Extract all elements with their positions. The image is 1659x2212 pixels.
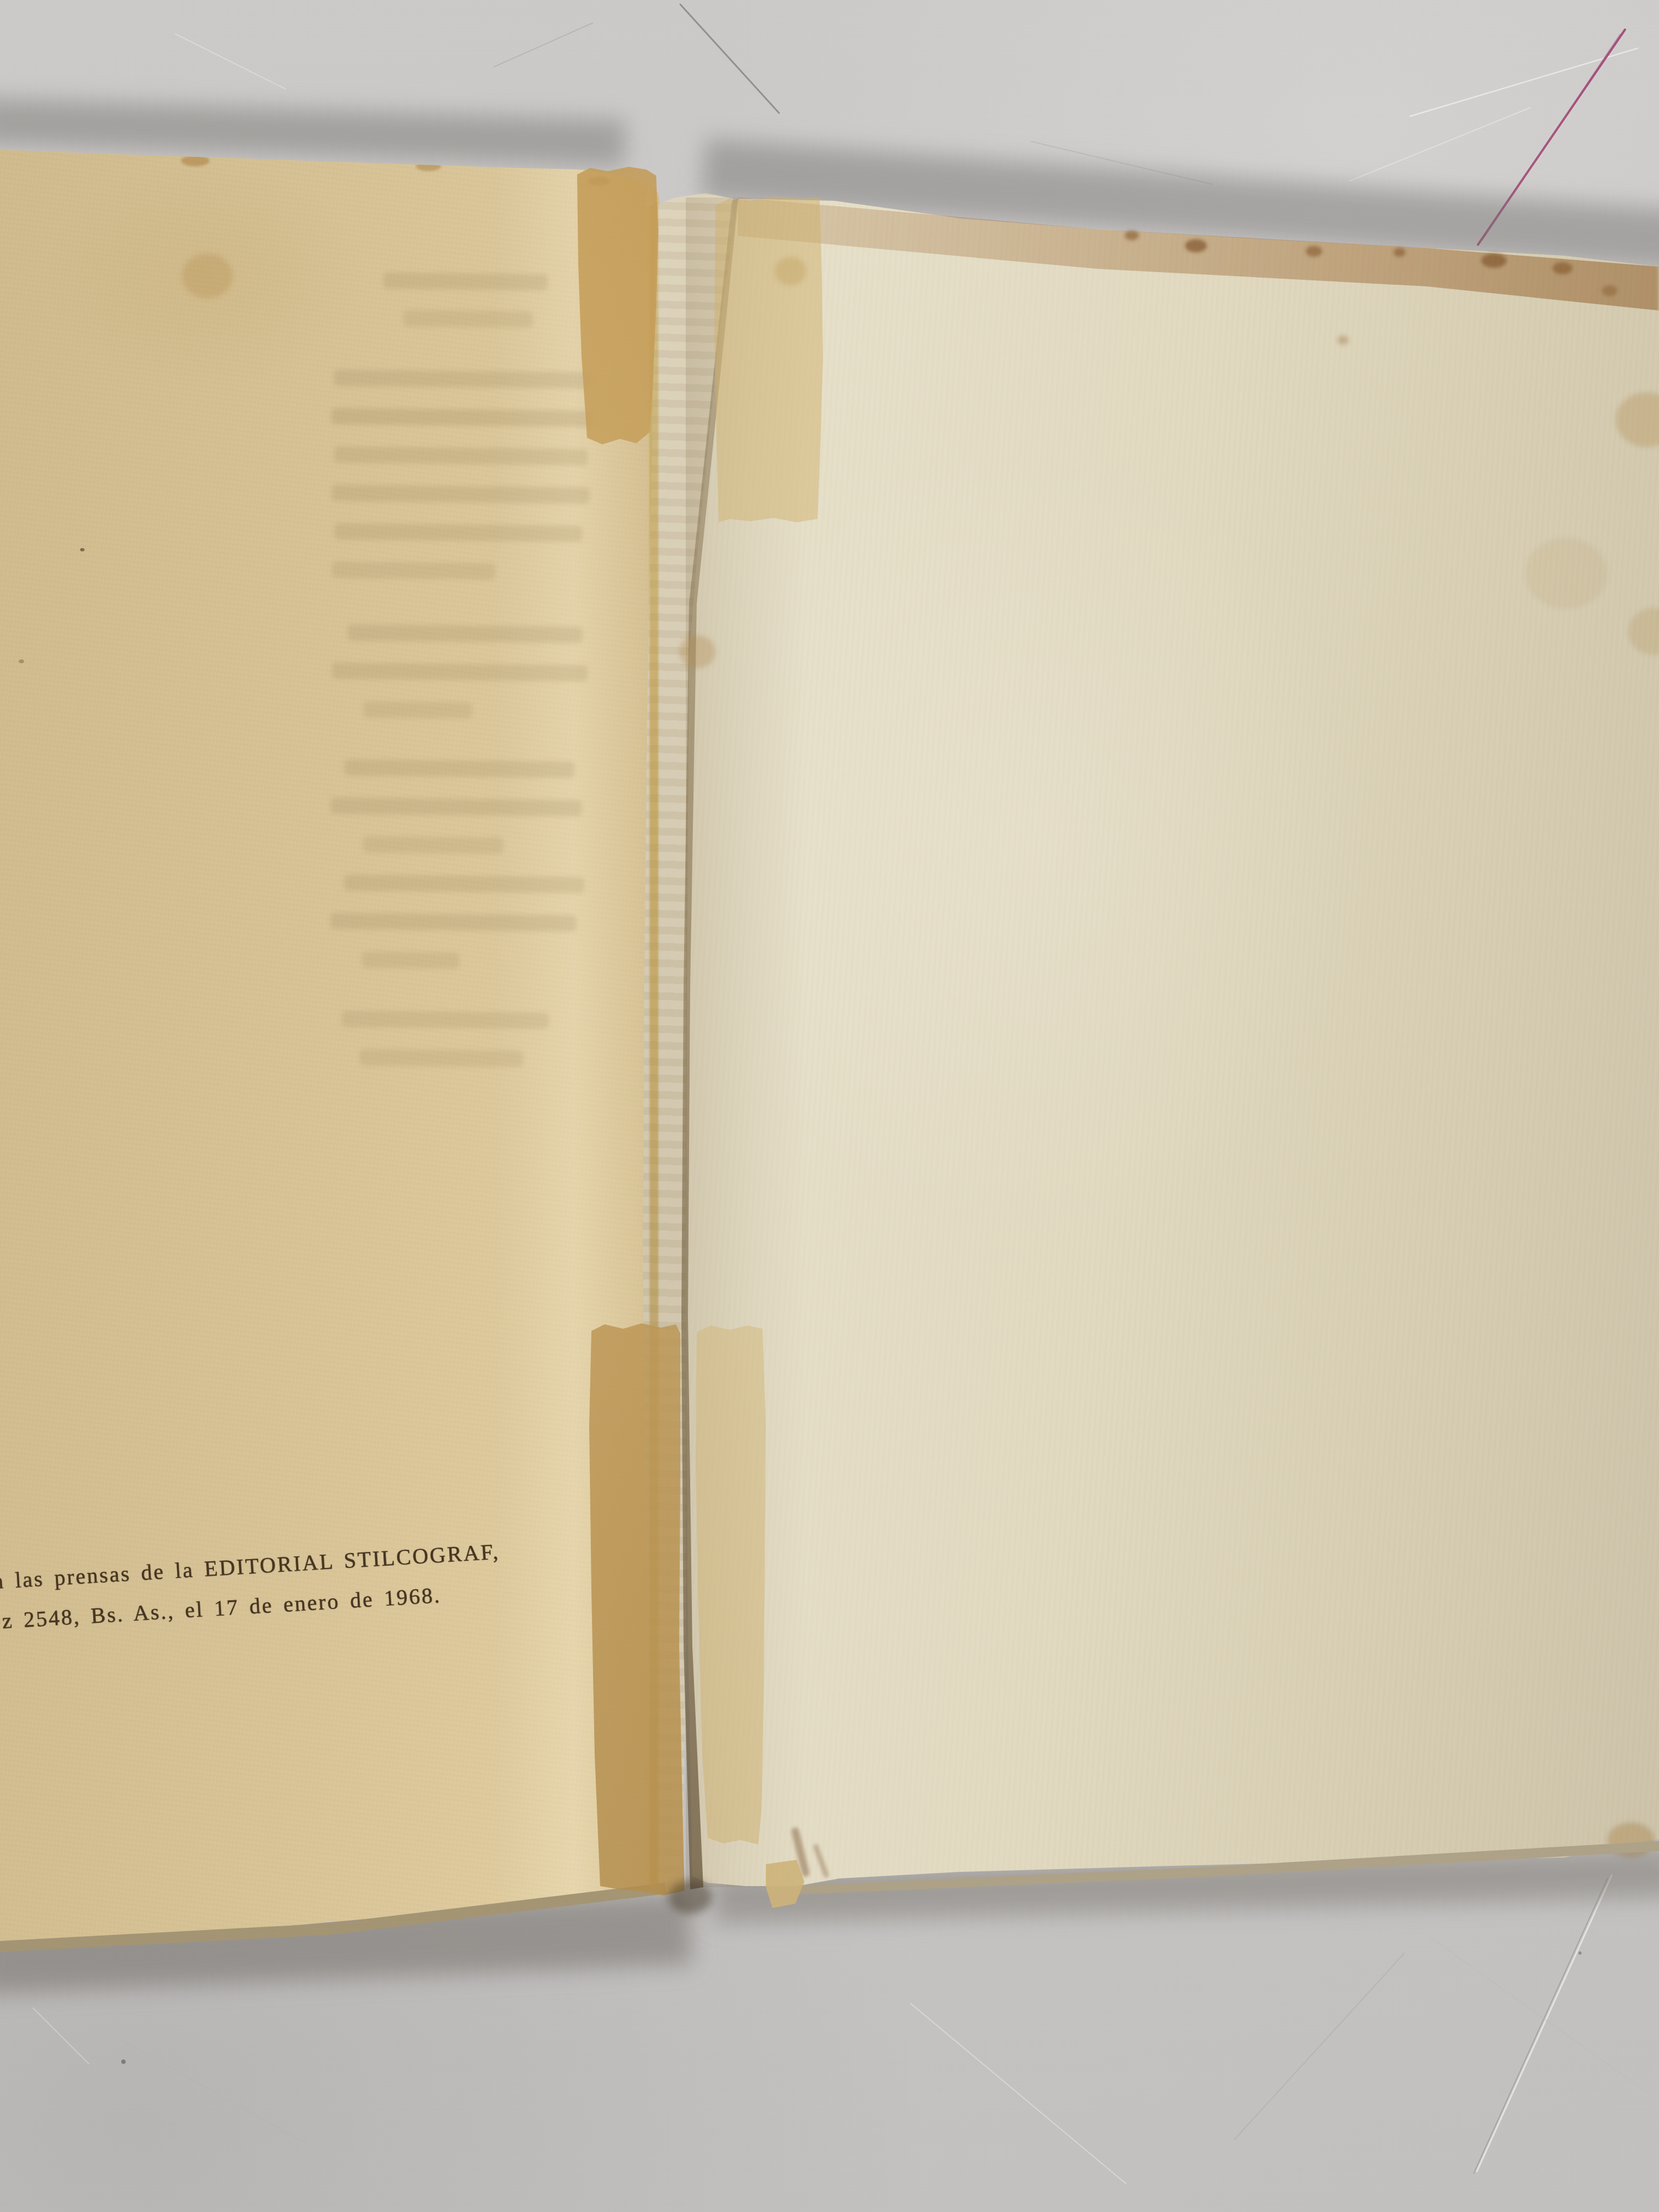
stain — [1338, 336, 1348, 345]
ghost-text-line — [344, 874, 584, 894]
ghost-text-line — [331, 408, 594, 427]
ghost-text-line — [330, 913, 576, 932]
ghost-text-line — [332, 663, 588, 682]
ghost-text-line — [331, 484, 589, 504]
scratch-line — [115, 2036, 305, 2143]
speck — [80, 548, 84, 551]
foxing-spot — [1393, 248, 1406, 257]
table-speck — [121, 2059, 126, 2064]
scratch-line — [1477, 1875, 1612, 2171]
ghost-text-line — [332, 562, 495, 580]
foxing-spot — [1125, 230, 1139, 240]
ghost-text-line — [348, 624, 583, 643]
ghost-text-line — [359, 1049, 523, 1067]
ghost-text-line — [344, 759, 574, 778]
foxing-spot — [1306, 246, 1322, 257]
ghost-text-line — [334, 447, 588, 466]
gutter-bottom-shadow — [668, 1881, 712, 1914]
ghost-text-line — [404, 310, 533, 328]
scratch-line — [680, 4, 779, 113]
scratch-line-shadow — [1474, 1878, 1607, 2174]
foxing-spot — [1553, 262, 1572, 274]
ghost-text-line — [363, 701, 472, 719]
stain — [1525, 538, 1607, 609]
ghost-text-line — [363, 836, 504, 854]
stain — [182, 253, 233, 298]
photo-open-book-on-table: n las prensas de la EDITORIAL STILCOGRAF… — [0, 0, 1659, 2212]
foxing-spot — [1602, 285, 1617, 296]
ghost-text-line — [330, 798, 582, 817]
ghost-text-bleedthrough — [323, 256, 601, 1192]
stain — [679, 635, 715, 668]
table-speck — [1578, 1951, 1582, 1955]
scratch-line — [1431, 1938, 1650, 2095]
scratch-line — [494, 23, 592, 67]
ghost-text-line — [362, 951, 459, 969]
ghost-text-line — [334, 370, 591, 389]
speck — [19, 659, 24, 663]
scratch-line — [1234, 1953, 1404, 2140]
scratch-line — [1350, 108, 1531, 181]
scratch-line — [33, 2008, 89, 2064]
ghost-text-line — [335, 523, 583, 543]
foxing-spot — [1481, 253, 1506, 268]
ghost-text-line — [383, 272, 548, 290]
ghost-text-line — [341, 1011, 549, 1029]
scratch-line — [176, 34, 285, 89]
scratch-line — [911, 2004, 1126, 2183]
foxing-spot — [1185, 239, 1207, 252]
